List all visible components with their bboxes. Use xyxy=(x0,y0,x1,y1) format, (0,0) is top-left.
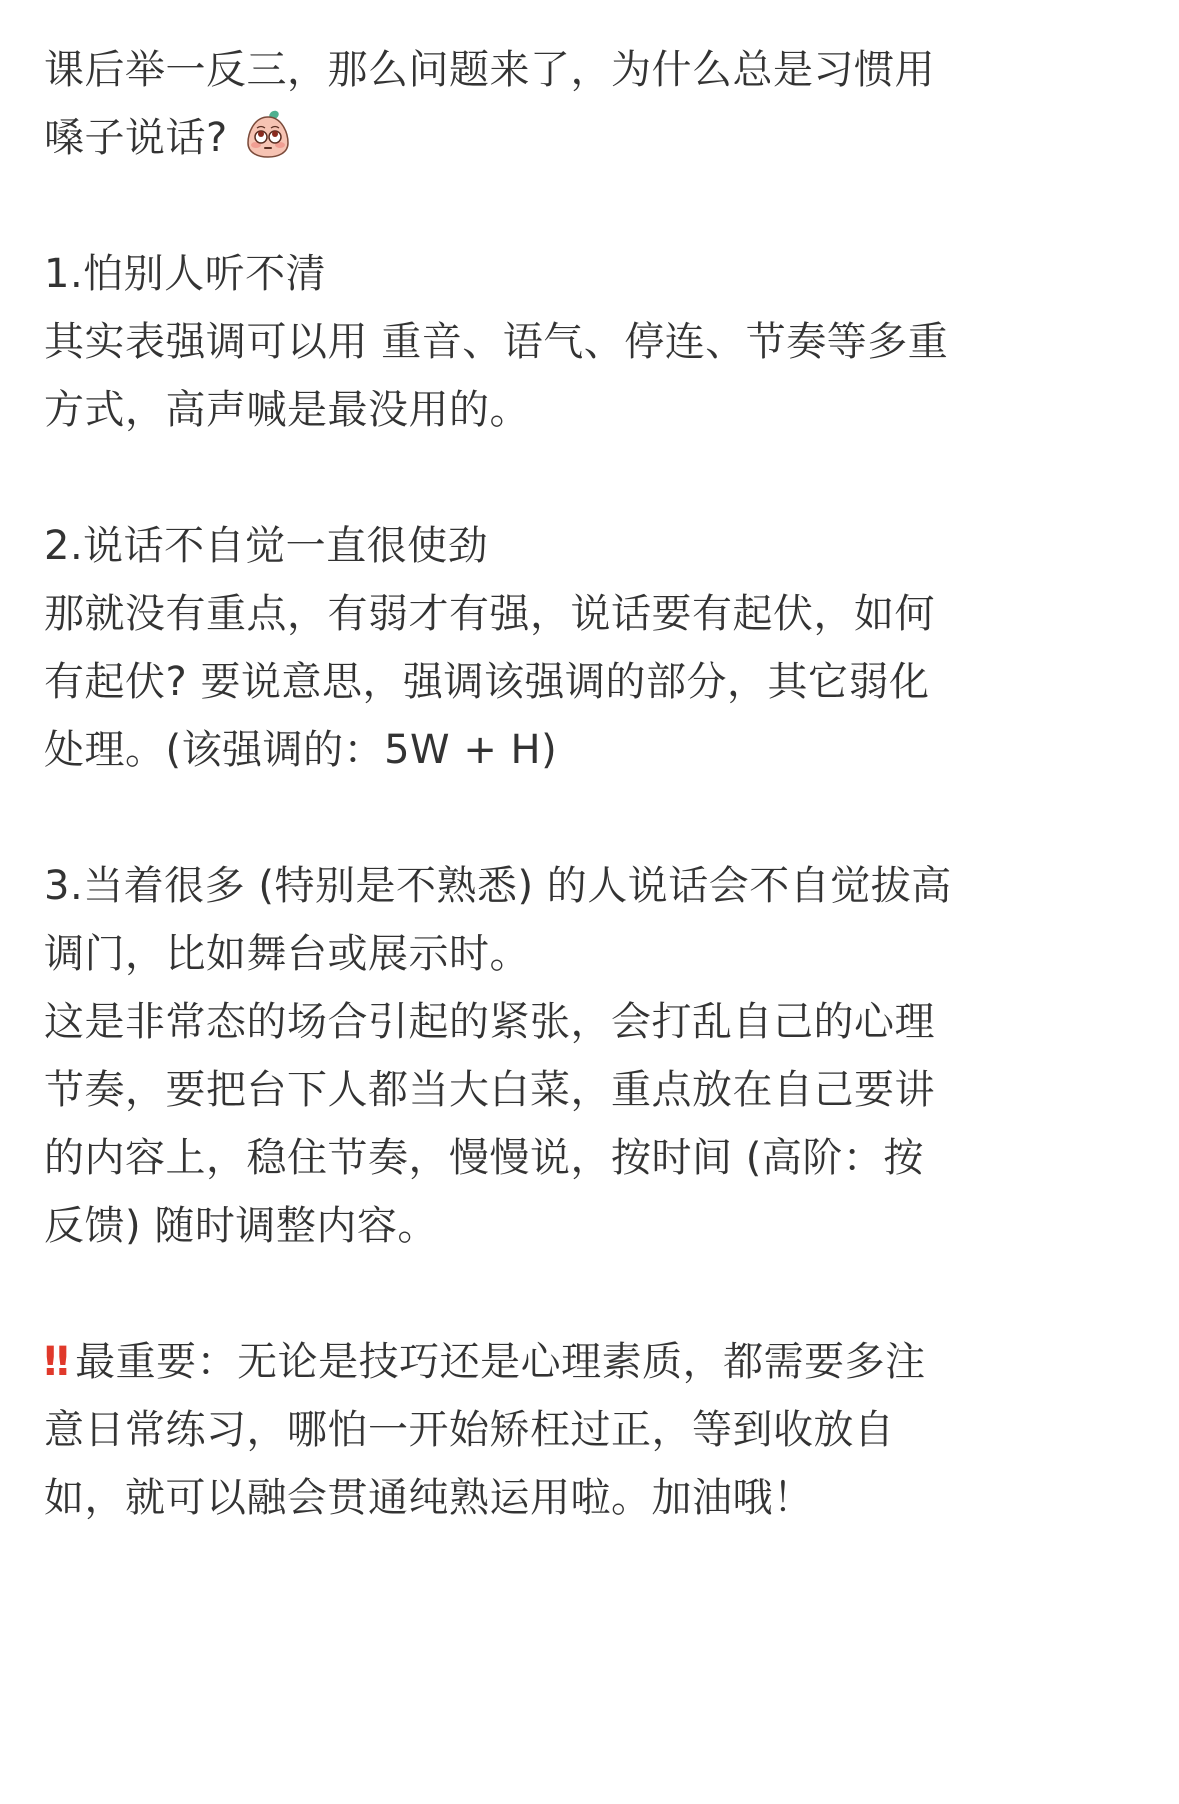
section-1: 1.怕别人听不清 其实表强调可以用 重音、语气、停连、节奏等多重 方式，高声喊是… xyxy=(44,240,1154,444)
conclusion-line-3: 如，就可以融会贯通纯熟运用啦。加油哦！ xyxy=(44,1464,1154,1532)
section-text-line: 节奏，要把台下人都当大白菜，重点放在自己要讲 xyxy=(44,1056,1154,1124)
section-text-line: 调门，比如舞台或展示时。 xyxy=(44,920,1154,988)
spacer xyxy=(44,784,1154,852)
section-heading: 3.当着很多 (特别是不熟悉) 的人说话会不自觉拔高 xyxy=(44,852,1154,920)
section-text-line: 那就没有重点，有弱才有强，说话要有起伏，如何 xyxy=(44,580,1154,648)
section-text-line: 处理。(该强调的：5W + H) xyxy=(44,716,1154,784)
conclusion-line-1: ‼最重要：无论是技巧还是心理素质，都需要多注 xyxy=(44,1328,1154,1396)
intro-question: 嗓子说话? xyxy=(44,115,228,161)
section-2: 2.说话不自觉一直很使劲 那就没有重点，有弱才有强，说话要有起伏，如何 有起伏?… xyxy=(44,512,1154,784)
section-text-line: 方式，高声喊是最没用的。 xyxy=(44,376,1154,444)
section-text-line: 有起伏? 要说意思，强调该强调的部分，其它弱化 xyxy=(44,648,1154,716)
spacer xyxy=(44,444,1154,512)
section-heading: 1.怕别人听不清 xyxy=(44,240,1154,308)
spacer xyxy=(44,1260,1154,1328)
section-heading: 2.说话不自觉一直很使劲 xyxy=(44,512,1154,580)
conclusion: ‼最重要：无论是技巧还是心理素质，都需要多注 意日常练习，哪怕一开始矫枉过正，等… xyxy=(44,1328,1154,1532)
rolling-eyes-emoji-icon xyxy=(242,107,294,155)
section-3: 3.当着很多 (特别是不熟悉) 的人说话会不自觉拔高 调门，比如舞台或展示时。 … xyxy=(44,852,1154,1260)
section-text-line: 这是非常态的场合引起的紧张，会打乱自己的心理 xyxy=(44,988,1154,1056)
section-text-line: 其实表强调可以用 重音、语气、停连、节奏等多重 xyxy=(44,308,1154,376)
intro-line-1: 课后举一反三，那么问题来了，为什么总是习惯用 xyxy=(44,36,1154,104)
double-exclamation-icon: ‼ xyxy=(44,1328,63,1396)
spacer xyxy=(44,172,1154,240)
conclusion-line-2: 意日常练习，哪怕一开始矫枉过正，等到收放自 xyxy=(44,1396,1154,1464)
document-body: 课后举一反三，那么问题来了，为什么总是习惯用 嗓子说话? 1.怕别人听不清 其实… xyxy=(44,36,1154,1532)
intro-line-2: 嗓子说话? xyxy=(44,104,1154,172)
section-text-line: 的内容上，稳住节奏，慢慢说，按时间 (高阶：按 xyxy=(44,1124,1154,1192)
conclusion-text: 最重要：无论是技巧还是心理素质，都需要多注 xyxy=(75,1339,926,1385)
section-text-line: 反馈) 随时调整内容。 xyxy=(44,1192,1154,1260)
